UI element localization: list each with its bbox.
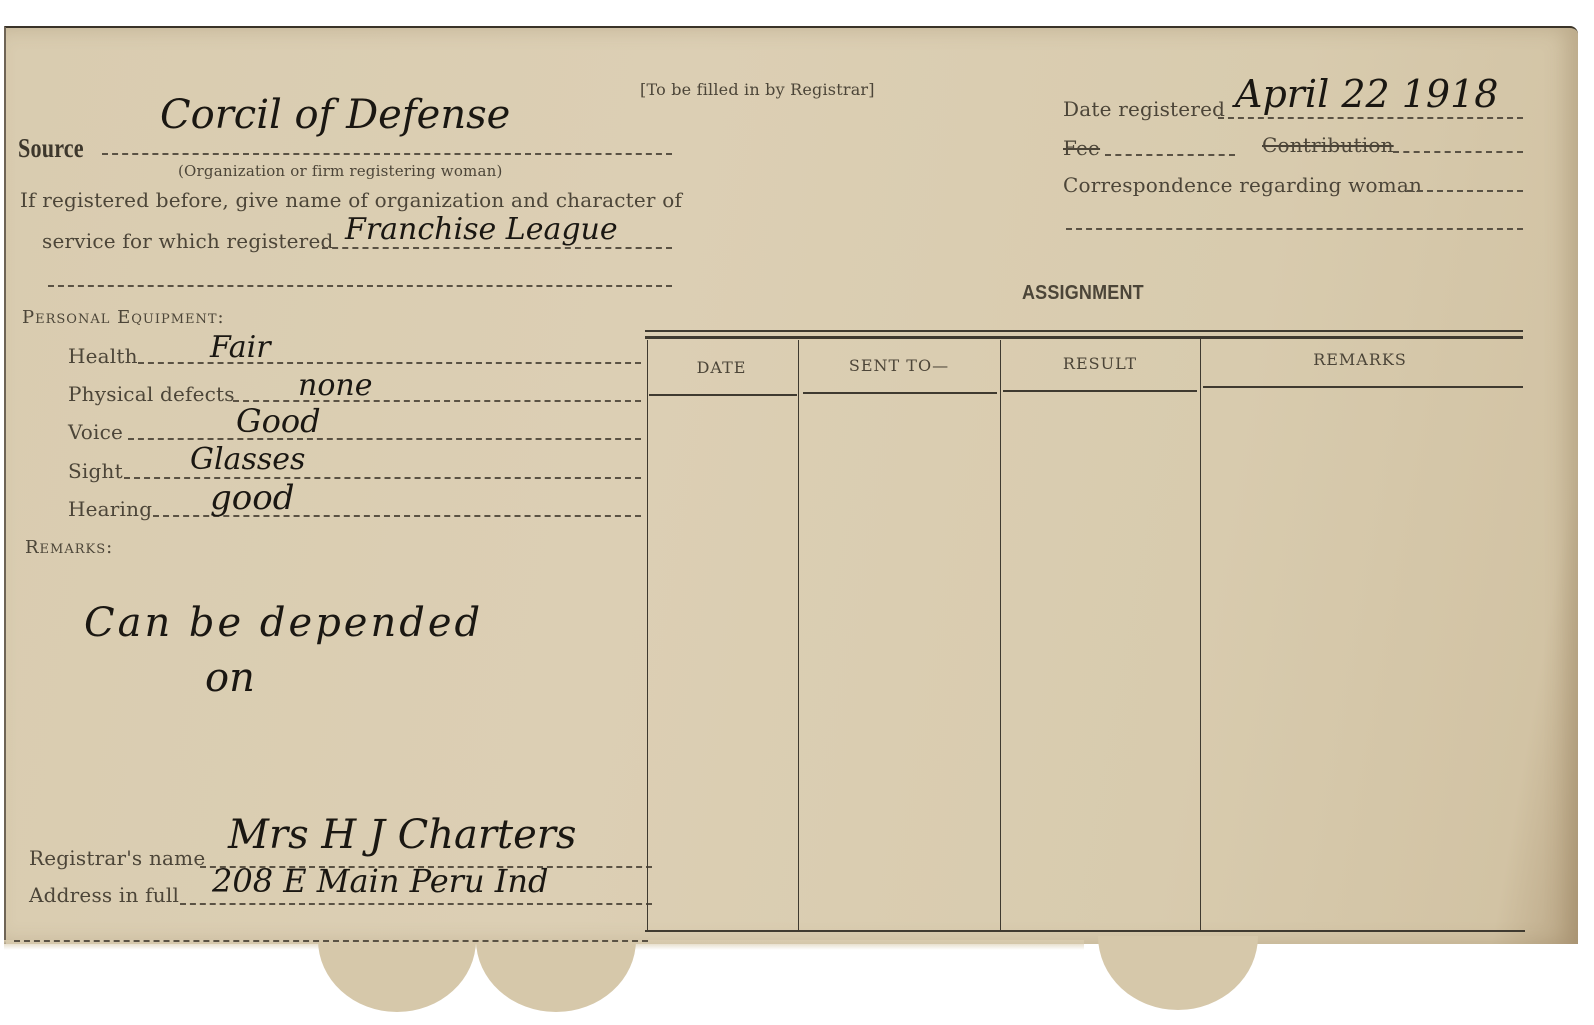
voice-line — [128, 438, 641, 440]
physical-defects-label: Physical defects — [68, 382, 235, 406]
health-value[interactable]: Fair — [210, 330, 271, 365]
fee-line — [1105, 154, 1235, 156]
address-label: Address in full — [29, 883, 179, 907]
col-header-result: RESULT — [1000, 354, 1200, 373]
date-registered-line — [1218, 117, 1523, 119]
hearing-value[interactable]: good — [210, 478, 294, 518]
col-header-remarks: REMARKS — [1200, 350, 1520, 369]
source-label: Source — [18, 133, 84, 164]
remarks-line-2[interactable]: on — [205, 655, 255, 701]
header-rule-date — [649, 394, 797, 396]
sight-value[interactable]: Glasses — [190, 442, 305, 477]
assignment-heading: ASSIGNMENT — [1022, 282, 1144, 305]
table-top-rule-2 — [645, 336, 1523, 339]
col-header-date: DATE — [645, 358, 798, 377]
bottom-dashed-line — [14, 940, 648, 942]
col-divider-2 — [1000, 340, 1001, 932]
fee-label: Fee — [1063, 136, 1100, 160]
header-rule-sent-to — [803, 392, 997, 394]
col-divider-1 — [798, 340, 799, 930]
sight-label: Sight — [68, 459, 123, 483]
health-label: Health — [68, 344, 138, 368]
address-value[interactable]: 208 E Main Peru Ind — [212, 862, 548, 900]
hearing-label: Hearing — [68, 497, 152, 521]
table-top-rule-1 — [645, 330, 1523, 332]
correspondence-line — [1407, 190, 1523, 192]
contribution-line — [1393, 151, 1523, 153]
address-line — [180, 903, 652, 905]
prior-registration-line-2 — [48, 285, 672, 287]
header-rule-result — [1003, 390, 1197, 392]
date-registered-label: Date registered — [1063, 97, 1225, 121]
col-divider-0 — [647, 340, 648, 930]
source-caption: (Organization or firm registering woman) — [178, 162, 503, 180]
header-rule-remarks — [1203, 386, 1523, 388]
prior-registration-value[interactable]: Franchise League — [345, 212, 618, 247]
table-bottom-rule — [645, 930, 1525, 932]
voice-value[interactable]: Good — [236, 402, 321, 440]
date-registered-value[interactable]: April 22 1918 — [1235, 72, 1498, 116]
remarks-heading: Remarks: — [25, 537, 113, 558]
personal-equipment-heading: Personal Equipment: — [22, 307, 225, 328]
col-divider-3 — [1200, 338, 1201, 932]
assignment-table: DATE SENT TO— RESULT REMARKS — [645, 330, 1525, 935]
remarks-line-1[interactable]: Can be depended — [84, 600, 483, 646]
prior-registration-line — [322, 247, 672, 249]
registrar-note: [To be filled in by Registrar] — [640, 80, 875, 99]
prior-registration-label-2: service for which registered — [42, 229, 333, 253]
correspondence-label: Correspondence regarding woman — [1063, 173, 1422, 197]
source-value[interactable]: Corcil of Defense — [160, 92, 510, 138]
sight-line — [124, 477, 641, 479]
source-line — [102, 153, 672, 155]
physical-defects-value[interactable]: none — [298, 368, 372, 403]
voice-label: Voice — [68, 420, 123, 444]
contribution-label: Contribution — [1262, 133, 1394, 157]
col-header-sent-to: SENT TO— — [798, 356, 1000, 375]
registrar-name-label: Registrar's name — [29, 846, 205, 870]
prior-registration-label-1: If registered before, give name of organ… — [20, 188, 682, 212]
index-tab-2 — [476, 940, 636, 1012]
correspondence-line-2 — [1066, 228, 1523, 230]
registrar-name-value[interactable]: Mrs H J Charters — [228, 812, 576, 858]
index-tab-1 — [318, 940, 476, 1012]
index-tab-3 — [1098, 936, 1258, 1010]
